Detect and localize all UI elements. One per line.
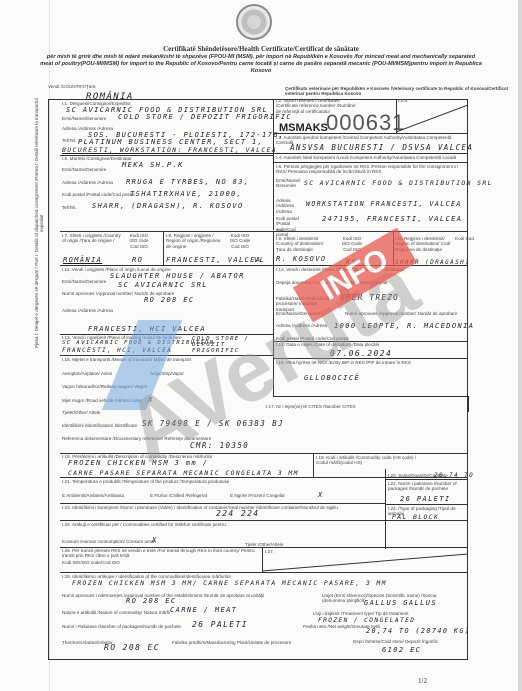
i28-nature-value: CARNE / MEAT (170, 606, 237, 614)
i28-treatment-label: Lloji i trajtimit /Treatment type/ Tip d… (313, 611, 409, 616)
emblem-seal-icon (236, 4, 272, 40)
i28-plant-label: Fabrika prodhim/Manufacturing Plant/Unit… (172, 640, 291, 645)
certificate-subtitle: për mish të grirë dhe mish të ndarë meka… (40, 54, 482, 75)
i27-strike-line (262, 547, 468, 572)
i28-weight-value: 20,74 TO (20740 KG) (366, 627, 470, 635)
i21-frozen-mark: X (318, 491, 324, 499)
i7-value: ROMÂNIA (63, 256, 102, 264)
i1-tel-label: Tel/Tel. (62, 138, 76, 143)
i19-label: I.19. Kodi i artikullit /Commodity code … (316, 455, 426, 466)
i25-human-label: Konsum /Human consumption/ Consum uman (62, 539, 156, 544)
divider (385, 469, 386, 549)
i21-ambient-label: E Ambientit/Ambient/Ambianta (62, 493, 124, 498)
i28-value: FROZEN CHICKEN MSM 3 MM/ CARNE SEPARATA … (72, 579, 387, 587)
i5-name-value: MEKA SH.P.K (122, 161, 184, 169)
i6-name-label: Emri/Name/ Denumire (276, 178, 300, 189)
i8-value: FRANCESTI, VALCEA (166, 256, 261, 264)
i8-iso-value: VL (254, 256, 265, 264)
i26-label: I.26. Për tranzit përmes RKS në vendin e… (62, 548, 262, 559)
i15-aeroplane-label: Aeroplan/Airplane/ Avion (62, 371, 112, 376)
i8-label: I.8. Regjioni i origjinës / Region of or… (166, 233, 226, 249)
i5-address-label: Adresa /Address /Adresa (62, 180, 113, 185)
divider (60, 572, 468, 573)
i21-frozen-label: E Ngrirë /Frozen/ Congelat (230, 493, 285, 498)
i28-slaughter-value: RO 208 EC (104, 643, 160, 652)
part-one-side-label: Pjesa I: Detajet e dërgesës së dërguar /… (34, 95, 48, 352)
i7-iso-label: Kodi ISO ISO code Cod ISO (127, 233, 151, 249)
i15-other-label: Tjetër/Other/ Altele (62, 410, 100, 415)
divider (273, 133, 468, 134)
i1-name-value: COLD STORE / DEPOZIT FRIGORIFIC (118, 113, 292, 121)
divider (163, 231, 164, 265)
i21-label: I.21. Temperatura e produktit /Temperatu… (62, 479, 229, 484)
divider (273, 99, 274, 230)
i5-postal-label: Kodi postal /Postal code/Cod postal (62, 192, 135, 197)
i7-label: I.7. Shteti i origjinës /Country of orig… (62, 233, 122, 244)
i21-chilled-label: E Ftohur /Chilled /Refrigerat (150, 493, 207, 498)
divider (60, 520, 468, 521)
i1-extra-value: BUCURESTI, WORKSTATION: FRANCESTI, VALCE… (62, 146, 277, 154)
certificate-title: Certifikatë Shëndetësore/Health Certific… (40, 45, 482, 53)
i6-address-value: WORKSTATION FRANCESTI, VALCEA (306, 200, 462, 208)
divider (313, 453, 314, 477)
i11-address-label: Adresa /Address /Adresa (62, 308, 113, 313)
i5-postal-value: TSHATIRXHAVE, 21000, (130, 190, 242, 198)
i5-address-value: RRUGA E TYRBES, NO 83, (126, 178, 250, 186)
i1-tel-value: PLATINUM BUSINESS CENTER, SECT 1, (78, 138, 263, 146)
country-label: Vendi /COUNTRY/Ţara (48, 84, 95, 89)
i4-label: I.4. Autoriteti lokal kompetent /Local C… (276, 155, 464, 160)
i9-label: I.9. Shteti i destinimit /Country of des… (276, 236, 332, 252)
i28-cold-value: 6102 EC (382, 646, 421, 654)
divider (273, 153, 468, 154)
i23-value: 224 224 (216, 509, 260, 518)
divider (60, 231, 468, 232)
divider (468, 396, 469, 412)
divider (385, 479, 468, 480)
divider (385, 504, 468, 505)
i20-value: 20,74 TO (434, 472, 474, 479)
i2a-strike-line (396, 99, 468, 133)
i26-iso-label: Kodi ISO/ISO code/Cod ISO (62, 560, 120, 565)
i6-address-label: Adresa /Address /Adresa (276, 198, 300, 214)
scan-edge-right (518, 0, 522, 691)
i11-name-label: Emri/Name/Denumire (62, 279, 106, 284)
i6-postal-value: 247195, FRANCESTI, VALCEA (322, 215, 462, 223)
i28-species-value: GALLUS GALLUS (364, 599, 437, 607)
i25-label: I.25. Artikujt e certifikuar për / Commo… (62, 522, 227, 527)
page-number: 1/2 (418, 677, 427, 685)
i22-value: 26 PALETI (400, 495, 451, 503)
certificate-page: Certifikatë Shëndetësore/Health Certific… (0, 0, 522, 691)
divider (60, 503, 385, 504)
i11-name-value-2: SC AVICARNIC SRL (118, 281, 208, 289)
i6-label: I.6. Personi përgjegjës për ngarkesën në… (276, 164, 464, 175)
i28-packages-label: Numri i Pakotave /Number of packages/Num… (62, 624, 181, 629)
i22-label: I.22. Numri i pakotave /Number of packag… (388, 481, 466, 492)
divider (273, 162, 468, 163)
i6-postal-label: Kodi postal /Postal code/Cod postal (276, 216, 302, 238)
i28-approval-value: RO 208 EC (126, 597, 177, 605)
i9-value: R. KOSOVO (276, 255, 327, 263)
i3-value: ANSVSA BUCURESTI / DSVSA VALCEA (290, 143, 473, 152)
i5-tel-value: SHARR, (DRAGASH), R. KOSOVO (92, 202, 244, 210)
i18-value-2: CARNE PASARE SEPARATA MECANIC CONGELATA … (68, 469, 299, 477)
i11-approval-value: RO 208 EC (144, 296, 195, 304)
i28-cold-label: Depo ftohëse/Cold store/ Depozit frigori… (353, 639, 438, 644)
i28-packages-value: 26 PALETI (192, 620, 248, 629)
vet-cert-label: Çertifikata veterinare për Republikën e … (285, 86, 515, 97)
i7-iso-value: RO (132, 256, 143, 264)
i5-name-label: Emri/Name/Denumire (62, 167, 106, 172)
i1-name-label: Emri/Name/Denumire (62, 116, 106, 121)
i5-tel-label: Tel/Tel. (62, 205, 76, 210)
i11-name-value: SLAUGHTER HOUSE / ABATOR (110, 272, 245, 280)
i10-code-label: Kodi Cod (455, 236, 474, 241)
i28-nature-label: Natyra e artikullit /Nature of commodity… (62, 610, 170, 615)
i25-human-mark: X (152, 536, 158, 544)
i28-treatment-value: FROZEN / CONGELATED (318, 617, 415, 624)
i6-name-value: SC AVICARNIC FOOD & DISTRIBUTION SRL (304, 179, 493, 187)
i8-iso-label: Kodi ISO ISO Code Cod ISO (228, 233, 252, 249)
